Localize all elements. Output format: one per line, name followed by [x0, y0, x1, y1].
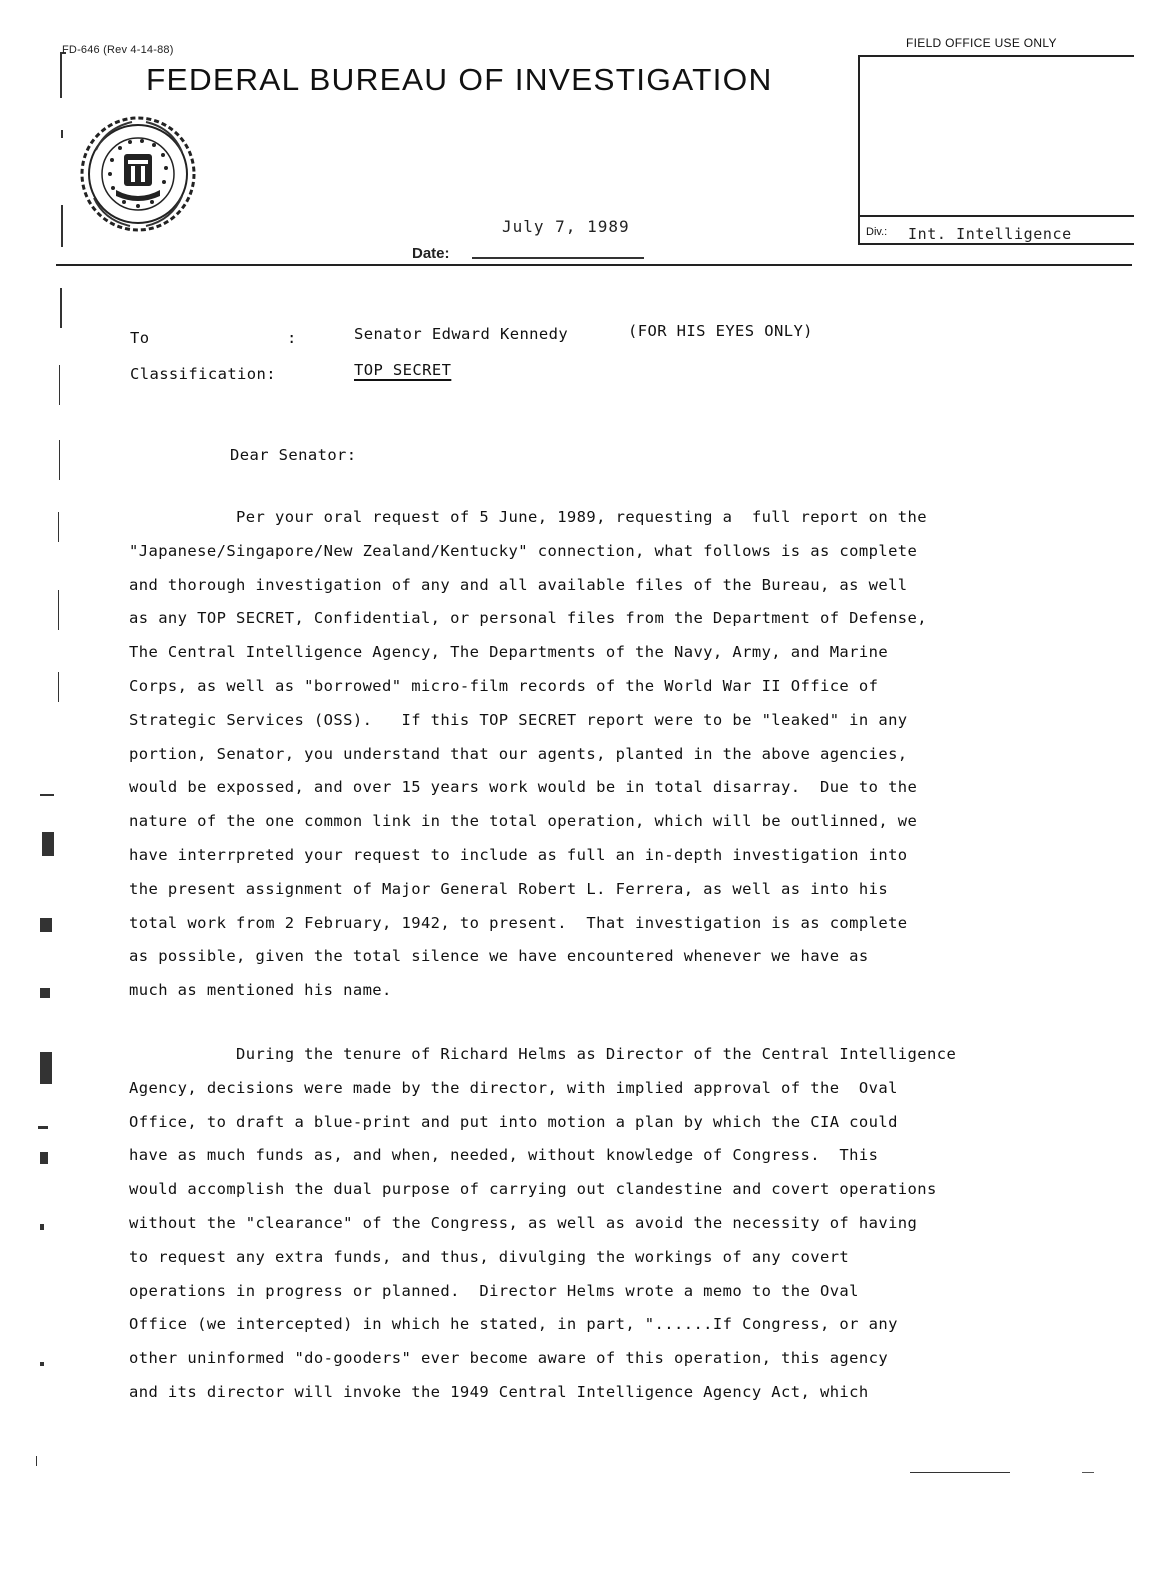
header-divider [56, 264, 1132, 266]
text-line: without the "clearance" of the Congress,… [129, 1214, 917, 1232]
text-line: operations in progress or planned. Direc… [129, 1282, 859, 1300]
classification-value: TOP SECRET [354, 361, 451, 379]
form-number: FD-646 (Rev 4-14-88) [62, 44, 174, 56]
division-value: Int. Intelligence [908, 225, 1072, 243]
fbi-seal-icon [76, 110, 198, 240]
field-office-label: FIELD OFFICE USE ONLY [906, 36, 1057, 50]
text-line: as any TOP SECRET, Confidential, or pers… [129, 609, 927, 627]
date-underline [472, 257, 644, 259]
text-line: During the tenure of Richard Helms as Di… [129, 1045, 956, 1063]
text-line: Agency, decisions were made by the direc… [129, 1079, 898, 1097]
division-label: Div.: [866, 226, 887, 238]
to-label: To [130, 329, 149, 347]
field-office-box [858, 55, 1134, 217]
text-line: Per your oral request of 5 June, 1989, r… [129, 508, 927, 526]
text-line: total work from 2 February, 1942, to pre… [129, 914, 908, 932]
to-colon: : [287, 329, 297, 347]
text-line: Corps, as well as "borrowed" micro-film … [129, 677, 878, 695]
text-line: have as much funds as, and when, needed,… [129, 1146, 878, 1164]
text-line: "Japanese/Singapore/New Zealand/Kentucky… [129, 542, 917, 560]
footer-rule [910, 1472, 1010, 1473]
text-line: would be expossed, and over 15 years wor… [129, 778, 917, 796]
text-line: and thorough investigation of any and al… [129, 576, 908, 594]
text-line: much as mentioned his name. [129, 981, 392, 999]
text-line: and its director will invoke the 1949 Ce… [129, 1383, 869, 1401]
text-line: would accomplish the dual purpose of car… [129, 1180, 937, 1198]
agency-title: FEDERAL BUREAU OF INVESTIGATION [146, 62, 773, 98]
text-line: Office (we intercepted) in which he stat… [129, 1315, 898, 1333]
text-line: Strategic Services (OSS). If this TOP SE… [129, 711, 908, 729]
recipient-note: (FOR HIS EYES ONLY) [628, 322, 813, 340]
text-line: portion, Senator, you understand that ou… [129, 745, 908, 763]
salutation: Dear Senator: [230, 446, 357, 464]
text-line: other uninformed "do-gooders" ever becom… [129, 1349, 888, 1367]
text-line: Office, to draft a blue-print and put in… [129, 1113, 898, 1131]
text-line: the present assignment of Major General … [129, 880, 888, 898]
footer-mark [1082, 1472, 1094, 1473]
text-line: have interrpreted your request to includ… [129, 846, 908, 864]
classification-label: Classification: [130, 365, 276, 383]
date-label: Date: [412, 245, 450, 262]
text-line: as possible, given the total silence we … [129, 947, 869, 965]
text-line: The Central Intelligence Agency, The Dep… [129, 643, 888, 661]
text-line: nature of the one common link in the tot… [129, 812, 917, 830]
corner-bracket [60, 52, 66, 98]
date-value: July 7, 1989 [502, 217, 630, 236]
recipient: Senator Edward Kennedy [354, 325, 568, 343]
text-line: to request any extra funds, and thus, di… [129, 1248, 849, 1266]
